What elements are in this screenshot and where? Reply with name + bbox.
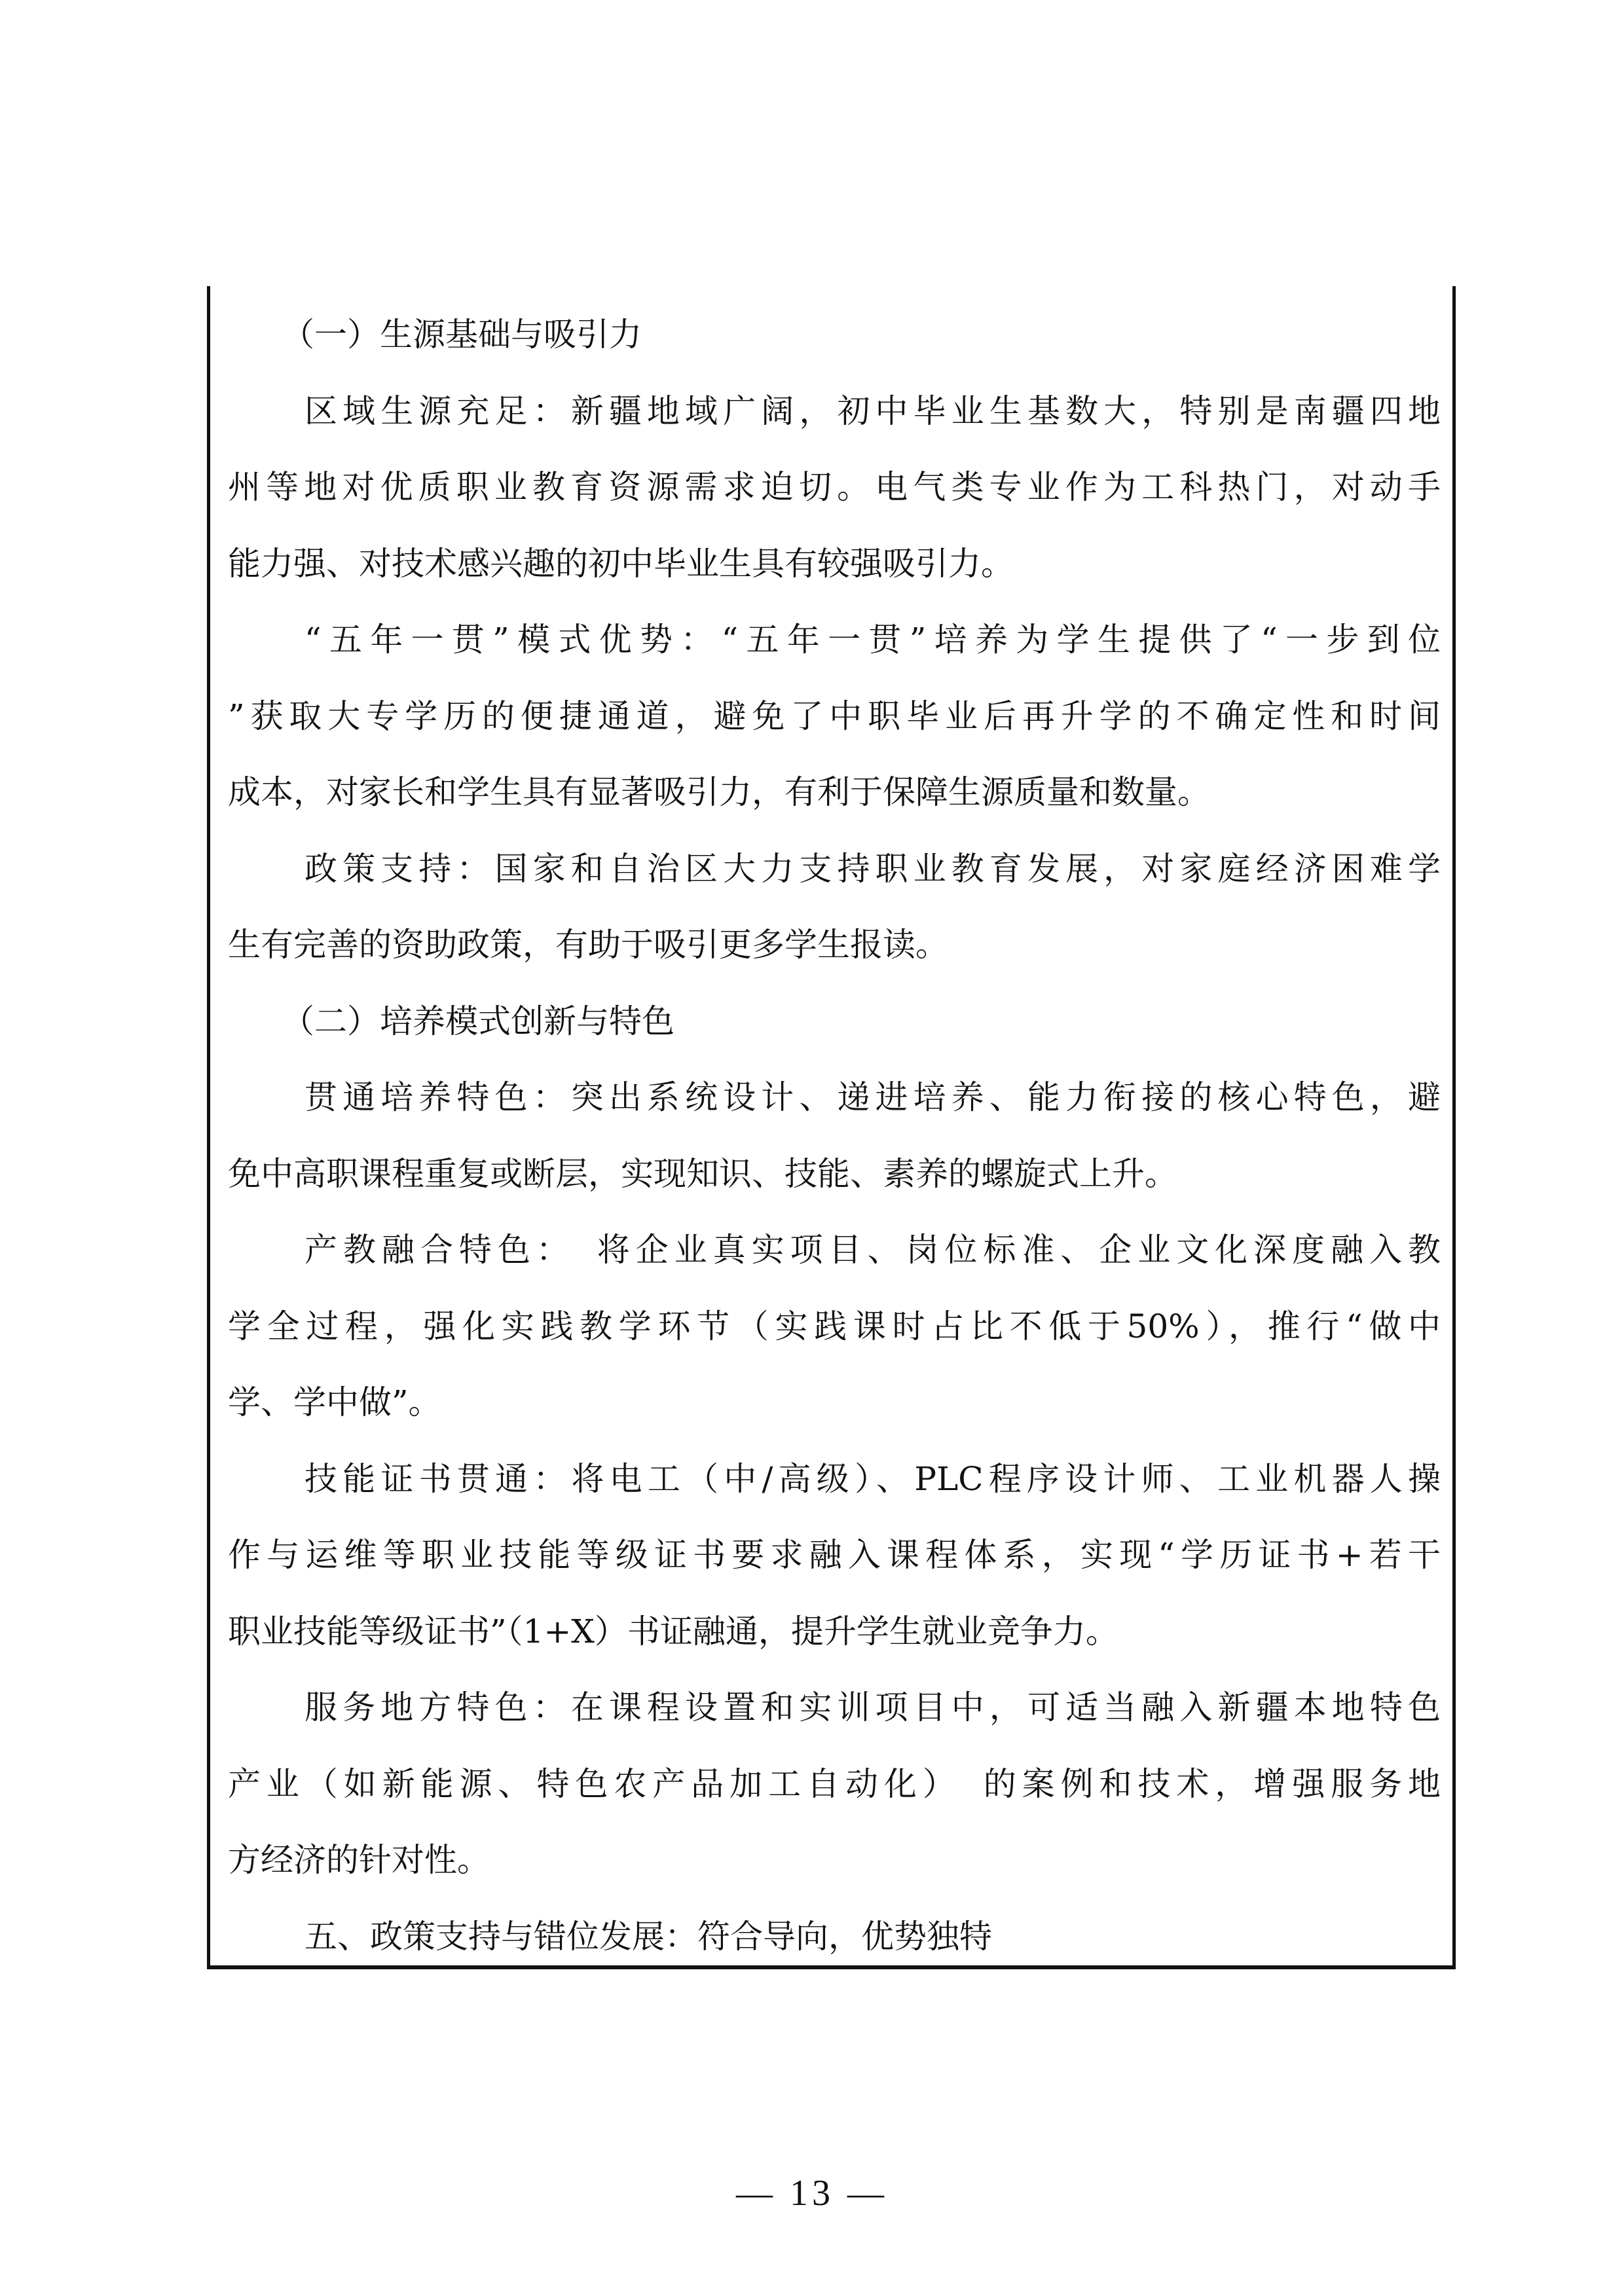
paragraph-line: 贯通培养特色：突出系统设计、递进培养、能力衔接的核心特色，避 [228, 1059, 1441, 1136]
paragraph-line: 职业技能等级证书”（1+X）书证融通，提升学生就业竞争力。 [228, 1594, 1441, 1670]
paragraph-line: 区域生源充足：新疆地域广阔，初中毕业生基数大，特别是南疆四地 [228, 373, 1441, 450]
paragraph-line: 政策支持：国家和自治区大力支持职业教育发展，对家庭经济困难学 [228, 831, 1441, 907]
section-heading: 五、政策支持与错位发展：符合导向，优势独特 [228, 1899, 1441, 1975]
section-heading: （二）培养模式创新与特色 [228, 983, 1441, 1060]
paragraph-line: 技能证书贯通：将电工（中/高级）、PLC程序设计师、工业机器人操 [228, 1441, 1441, 1518]
section-heading: （一）生源基础与吸引力 [228, 297, 1441, 373]
paragraph-line: 学、学中做”。 [228, 1364, 1441, 1441]
paragraph-line: 服务地方特色：在课程设置和实训项目中，可适当融入新疆本地特色 [228, 1669, 1441, 1746]
document-body: （一）生源基础与吸引力 区域生源充足：新疆地域广阔，初中毕业生基数大，特别是南疆… [228, 297, 1441, 1975]
paragraph-line: 产业（如新能源、特色农产品加工自动化） 的案例和技术，增强服务地 [228, 1746, 1441, 1823]
paragraph-line: 学全过程，强化实践教学环节（实践课时占比不低于50%），推行“做中 [228, 1288, 1441, 1365]
paragraph-line: 生有完善的资助政策，有助于吸引更多学生报读。 [228, 907, 1441, 983]
paragraph-line: 成本，对家长和学生具有显著吸引力，有利于保障生源质量和数量。 [228, 754, 1441, 831]
paragraph-line: 产教融合特色： 将企业真实项目、岗位标准、企业文化深度融入教 [228, 1212, 1441, 1288]
paragraph-line: 州等地对优质职业教育资源需求迫切。电气类专业作为工科热门，对动手 [228, 449, 1441, 526]
paragraph-line: 作与运维等职业技能等级证书要求融入课程体系，实现“学历证书+若干 [228, 1517, 1441, 1594]
page-number: — 13 — [0, 2172, 1624, 2214]
paragraph-line: ”获取大专学历的便捷通道，避免了中职毕业后再升学的不确定性和时间 [228, 678, 1441, 755]
paragraph-line: “五年一贯”模式优势：“五年一贯”培养为学生提供了“一步到位 [228, 602, 1441, 678]
paragraph-line: 方经济的针对性。 [228, 1822, 1441, 1899]
paragraph-line: 能力强、对技术感兴趣的初中毕业生具有较强吸引力。 [228, 526, 1441, 602]
paragraph-line: 免中高职课程重复或断层，实现知识、技能、素养的螺旋式上升。 [228, 1136, 1441, 1212]
